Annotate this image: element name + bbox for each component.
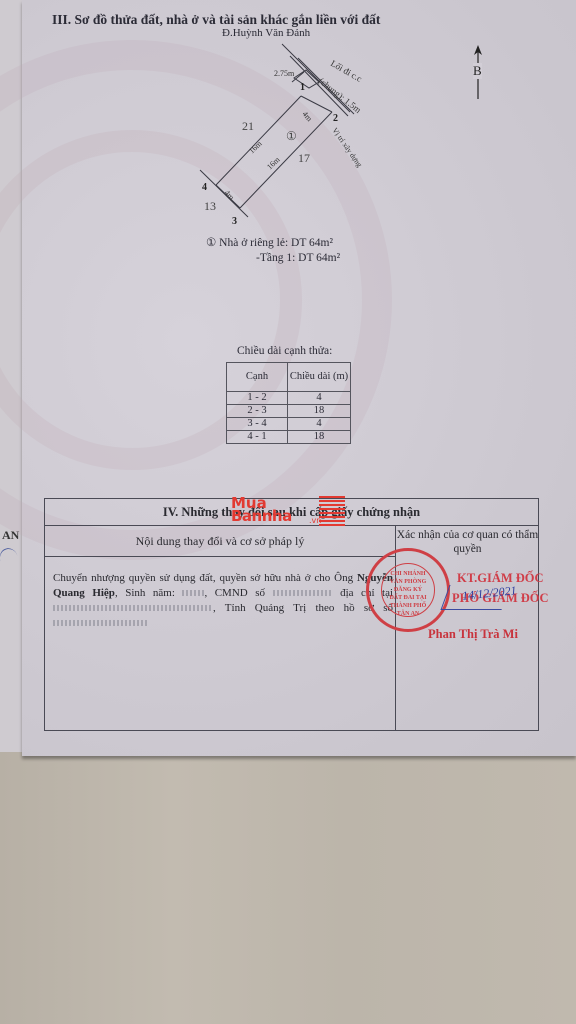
edges-caption: Chiều dài cạnh thửa: xyxy=(237,345,332,357)
changes-column-header: Nội dung thay đổi và cơ sở pháp lý xyxy=(45,526,395,556)
table-row: 3 - 44 xyxy=(227,418,351,431)
changes-table: IV. Những thay đổi sau khi cấp giấy chứn… xyxy=(44,498,539,731)
table-surface xyxy=(0,752,576,1024)
area-note: ① Nhà ở riêng lẻ: DT 64m² -Tầng 1: DT 64… xyxy=(206,236,340,266)
parcel-diagram: Lối đi c.c (chung): 1.5m 2.75m Vị trí xâ… xyxy=(190,40,390,230)
redacted-file-number xyxy=(53,620,149,626)
building-logo-icon xyxy=(319,496,345,528)
official-seal: CHI NHÁNH VĂN PHÒNG ĐĂNG KÝ ĐẤT ĐAI TẠI … xyxy=(366,548,450,632)
length-header: Chiều dài (m) xyxy=(288,363,351,392)
area-note-floor: -Tầng 1: DT 64m² xyxy=(206,251,340,266)
edge-length-table: Cạnh Chiều dài (m) 1 - 24 2 - 318 3 - 44… xyxy=(226,362,351,444)
edge-header: Cạnh xyxy=(227,363,288,392)
svg-text:16m: 16m xyxy=(247,139,264,156)
signer-name: Phan Thị Trà Mi xyxy=(428,627,518,642)
table-row: 1 - 24 xyxy=(227,392,351,405)
svg-text:Lối đi c.c: Lối đi c.c xyxy=(329,58,364,84)
redacted-address xyxy=(53,605,213,611)
svg-text:Vị trí xây dựng: Vị trí xây dựng xyxy=(330,126,364,169)
svg-text:16m: 16m xyxy=(265,155,282,172)
svg-text:21: 21 xyxy=(242,119,254,133)
redacted-id xyxy=(273,590,333,596)
svg-text:13: 13 xyxy=(204,199,216,213)
north-label: B xyxy=(473,63,482,79)
svg-text:3: 3 xyxy=(232,216,237,227)
section-3-title: III. Sơ đồ thửa đất, nhà ở và tài sản kh… xyxy=(52,12,380,28)
svg-text:1: 1 xyxy=(300,82,305,93)
svg-text:17: 17 xyxy=(298,151,310,165)
svg-text:4m: 4m xyxy=(300,110,314,124)
row-divider xyxy=(45,556,395,557)
table-row: 2 - 318 xyxy=(227,405,351,418)
redacted-year xyxy=(182,590,204,596)
svg-text:4m: 4m xyxy=(223,188,237,202)
svg-text:2: 2 xyxy=(333,113,338,124)
change-entry: Chuyển nhượng quyền sử dụng đất, quyền s… xyxy=(53,571,393,631)
svg-text:①: ① xyxy=(286,129,297,143)
svg-text:4: 4 xyxy=(202,182,207,193)
svg-text:2.75m: 2.75m xyxy=(274,69,295,78)
area-note-house: ① Nhà ở riêng lẻ: DT 64m² xyxy=(206,236,340,251)
table-row: 4 - 118 xyxy=(227,431,351,444)
site-watermark-logo: Mua Bannha .vn xyxy=(231,496,347,530)
signature-stroke xyxy=(0,546,21,572)
street-label: Đ.Huỳnh Văn Đảnh xyxy=(222,27,310,39)
